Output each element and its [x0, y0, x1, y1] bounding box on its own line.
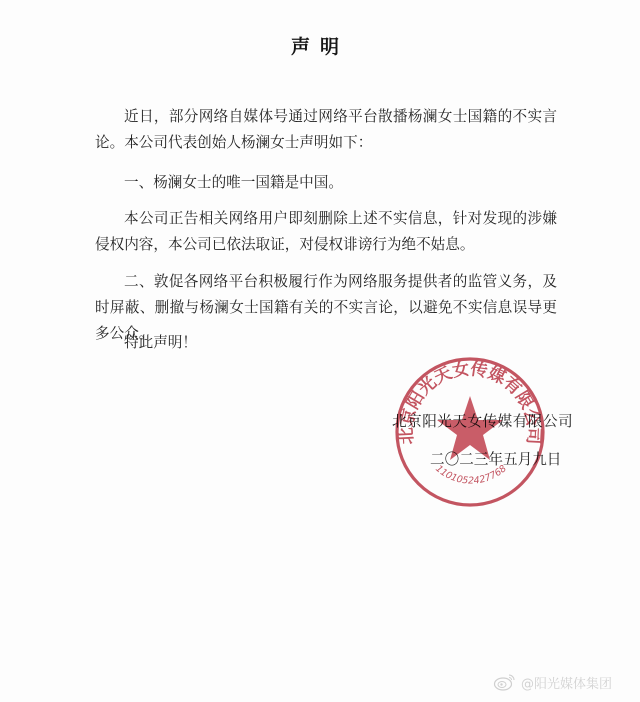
paragraph-text: 一、杨澜女士的唯一国籍是中国。 — [95, 170, 557, 196]
paragraph-point-one: 一、杨澜女士的唯一国籍是中国。 — [95, 170, 557, 196]
star-icon — [437, 396, 503, 460]
seal-number: 1101052427768 — [433, 463, 509, 486]
svg-text:1101052427768: 1101052427768 — [433, 463, 509, 486]
paragraph-text: 本公司正告相关网络用户即刻删除上述不实信息，针对发现的涉嫌侵权内容，本公司已依法… — [95, 206, 557, 258]
document-title: 声明 — [0, 32, 640, 59]
paragraph-text: 近日，部分网络自媒体号通过网络平台散播杨澜女士国籍的不实言论。本公司代表创始人杨… — [95, 104, 557, 156]
document-page: 声明 近日，部分网络自媒体号通过网络平台散播杨澜女士国籍的不实言论。本公司代表创… — [0, 0, 640, 702]
paragraph-intro: 近日，部分网络自媒体号通过网络平台散播杨澜女士国籍的不实言论。本公司代表创始人杨… — [95, 104, 557, 156]
paragraph-closing: 特此声明！ — [95, 330, 557, 356]
paragraph-warning: 本公司正告相关网络用户即刻删除上述不实信息，针对发现的涉嫌侵权内容，本公司已依法… — [95, 206, 557, 258]
weibo-watermark: @阳光媒体集团 — [493, 672, 612, 692]
watermark-text: @阳光媒体集团 — [521, 673, 612, 692]
company-seal: 北京阳光天女传媒有限公司 1101052427768 — [392, 354, 548, 510]
weibo-icon — [493, 672, 517, 692]
paragraph-text: 特此声明！ — [95, 330, 557, 356]
